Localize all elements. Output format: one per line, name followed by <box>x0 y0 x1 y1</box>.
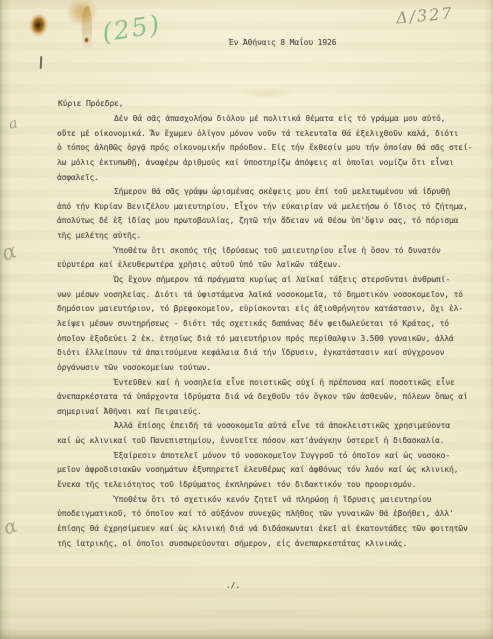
typed-line: Ἐντεῦθεν καί ἡ νοσηλεία εἶνε ποιοτικῶς ο… <box>57 376 482 391</box>
typed-line: Σήμερον θά σᾶς γράψω ὡρισμένας σκέψεις μ… <box>57 185 482 200</box>
rust-stain-streak <box>82 6 92 52</box>
typed-line: διότι ἐλλείπουν τά ἀπαιτούμενα κεφάλαια … <box>57 346 482 361</box>
green-page-number-annotation: (25) <box>100 10 163 48</box>
typed-line: ἀσφαλεῖς. <box>57 171 482 186</box>
typed-line: καί ὡς κλινικαί τοῦ Πανεπιστημίου, ἐννοε… <box>57 434 482 449</box>
typed-line: μεῖον ἀφροδισιακῶν νοσημάτων ἐξυπηρετεῖ … <box>57 463 482 478</box>
typed-line: ἕνεκα τῆς τελειότητος τοῦ ἱδρύματος ἐκπλ… <box>57 478 482 493</box>
rust-stain-blotch <box>66 0 98 26</box>
typed-line: εὐρυτέρα καί ἐλευθερωτέρα χρῆσις αὐτοῦ ὑ… <box>57 258 482 273</box>
faint-smudge <box>236 88 296 98</box>
typed-line: νων μέσων νοσηλείας. Διότι τά ὑφιστάμενα… <box>57 288 482 303</box>
margin-mark-a: a <box>7 115 19 132</box>
rust-stain-spot <box>27 12 49 38</box>
typed-line: Ἀλλά ἐπίσης ἐπειδή τά νοσοκομεῖα αὐτά εἶ… <box>57 419 482 434</box>
typed-line: Ὑποθέτω ὅτι σκοπός τῆς ἱδρύσεως τοῦ μαιε… <box>57 244 482 259</box>
salutation: Κύριε Πρόεδρε, <box>58 99 123 108</box>
typed-line: ἀπό τήν Κυρίαν Βενιζέλου μαιευτηρίου. Εἶ… <box>57 200 482 215</box>
typed-line: ὀργάνωσιν τῶν νοσοκομείων τούτων. <box>57 361 482 376</box>
typed-line: ἀνεπαρκέστατα τά ὑπάρχοντα ἱδρύματα διά … <box>57 390 482 405</box>
typed-line: τῆς ἰατρικῆς, οἱ ὁποῖοι συσσωρεύονται σή… <box>57 537 482 552</box>
letter-body: Δέν θά σᾶς ἀπασχολήσω διόλου μέ πολιτικά… <box>57 112 482 551</box>
typed-line: ὑποδειγματικοῦ, τό ὁποῖον καί τό αὐξάνον… <box>57 507 482 522</box>
typed-line: ἐπίσης θά ἐχρησίμευεν καί ὡς κλινική διά… <box>57 522 482 537</box>
ink-stroke-mark <box>40 56 43 69</box>
typed-line: ὁποῖον ἐξοδεύει 2 ἑκ. ἐτησίως διά τό μαι… <box>57 332 482 347</box>
rust-stain-core <box>35 22 41 29</box>
typed-line: σημεριναί Ἀθῆναι καί Πειραιεύς. <box>57 405 482 420</box>
typed-line: Δέν θά σᾶς ἀπασχολήσω διόλου μέ πολιτικά… <box>57 112 482 127</box>
typed-line: Ὑποθέτω ὅτι τό σχετικόν κενόν ζητεῖ νά π… <box>57 493 482 508</box>
margin-mark-alpha-1: α <box>0 238 20 265</box>
archive-reference-annotation: Δ/327 <box>395 4 454 28</box>
rust-stain-dot <box>84 37 89 43</box>
typewritten-letter-page: Δ/327 (25) a α α Ἐν Ἀθήναις 8 Μαΐου 1926… <box>0 0 493 639</box>
typed-line: τῆς μελέτης αὐτῆς. <box>57 229 482 244</box>
margin-mark-alpha-2: α <box>1 515 20 540</box>
continuation-mark: ./. <box>226 581 240 590</box>
dateline: Ἐν Ἀθήναις 8 Μαΐου 1926 <box>229 38 336 47</box>
typed-line: δημόσιον μαιευτήριον, τό βρεφοκομεῖον, ε… <box>57 302 482 317</box>
typed-line: λείψει μέσων συντηρήσεως - διότι τάς σχε… <box>57 317 482 332</box>
typed-line: Ὡς ἔχουν σήμερον τά πράγματα κυρίως αἱ λ… <box>57 273 482 288</box>
typed-line: Ἐξαίρεσιν ἀποτελεῖ μόνον τό νοσοκομεῖον … <box>57 449 482 464</box>
typed-line: ὁ τόπος ἀληθῶς ὀργᾷ πρός οἰκονομικήν πρό… <box>57 141 482 156</box>
typed-line: οὔτε μέ οἰκονομικά. Ἄν ἔχωμεν ὀλίγον μόν… <box>57 127 482 142</box>
typed-line: ἀπολύτως δέ ἐξ ἰδίας μου πρωτοβουλίας, ζ… <box>57 214 482 229</box>
typed-line: λω μόλις ἐκτυπωθῇ, ἀναφέρω ἀριθμούς καί … <box>57 156 482 171</box>
